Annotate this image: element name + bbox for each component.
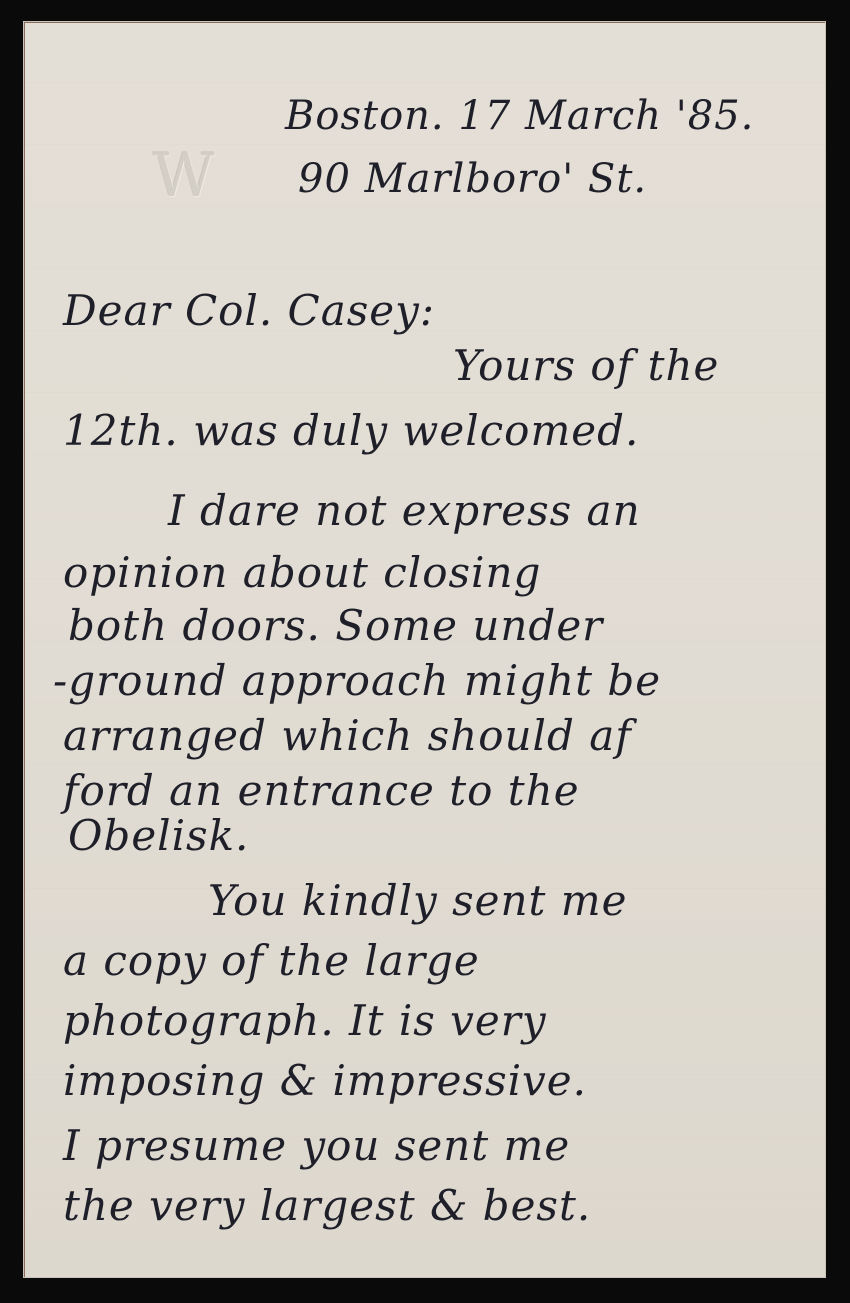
letter-page: W Boston. 17 March '85. 90 Marlboro' St.… bbox=[23, 21, 826, 1278]
letter-line: both doors. Some under bbox=[68, 601, 603, 650]
letter-line: -ground approach might be bbox=[53, 656, 661, 705]
letter-line: Obelisk. bbox=[68, 811, 249, 860]
embossed-watermark: W bbox=[153, 141, 215, 211]
letter-line: the very largest & best. bbox=[63, 1181, 591, 1230]
letter-line: a copy of the large bbox=[63, 936, 480, 985]
letter-line: ford an entrance to the bbox=[63, 766, 580, 815]
salutation: Dear Col. Casey: bbox=[63, 286, 435, 335]
letter-line: arranged which should af bbox=[63, 711, 632, 760]
letter-line: You kindly sent me bbox=[208, 876, 627, 925]
letter-line: photograph. It is very bbox=[63, 996, 547, 1045]
letter-line: imposing & impressive. bbox=[63, 1056, 587, 1105]
date-line: Boston. 17 March '85. bbox=[285, 93, 754, 139]
address-line: 90 Marlboro' St. bbox=[298, 156, 647, 202]
letter-line: I dare not express an bbox=[168, 486, 641, 535]
letter-line: 12th. was duly welcomed. bbox=[63, 406, 639, 455]
letter-line: opinion about closing bbox=[63, 548, 541, 597]
letter-line: Yours of the bbox=[453, 341, 719, 390]
letter-line: I presume you sent me bbox=[63, 1121, 570, 1170]
